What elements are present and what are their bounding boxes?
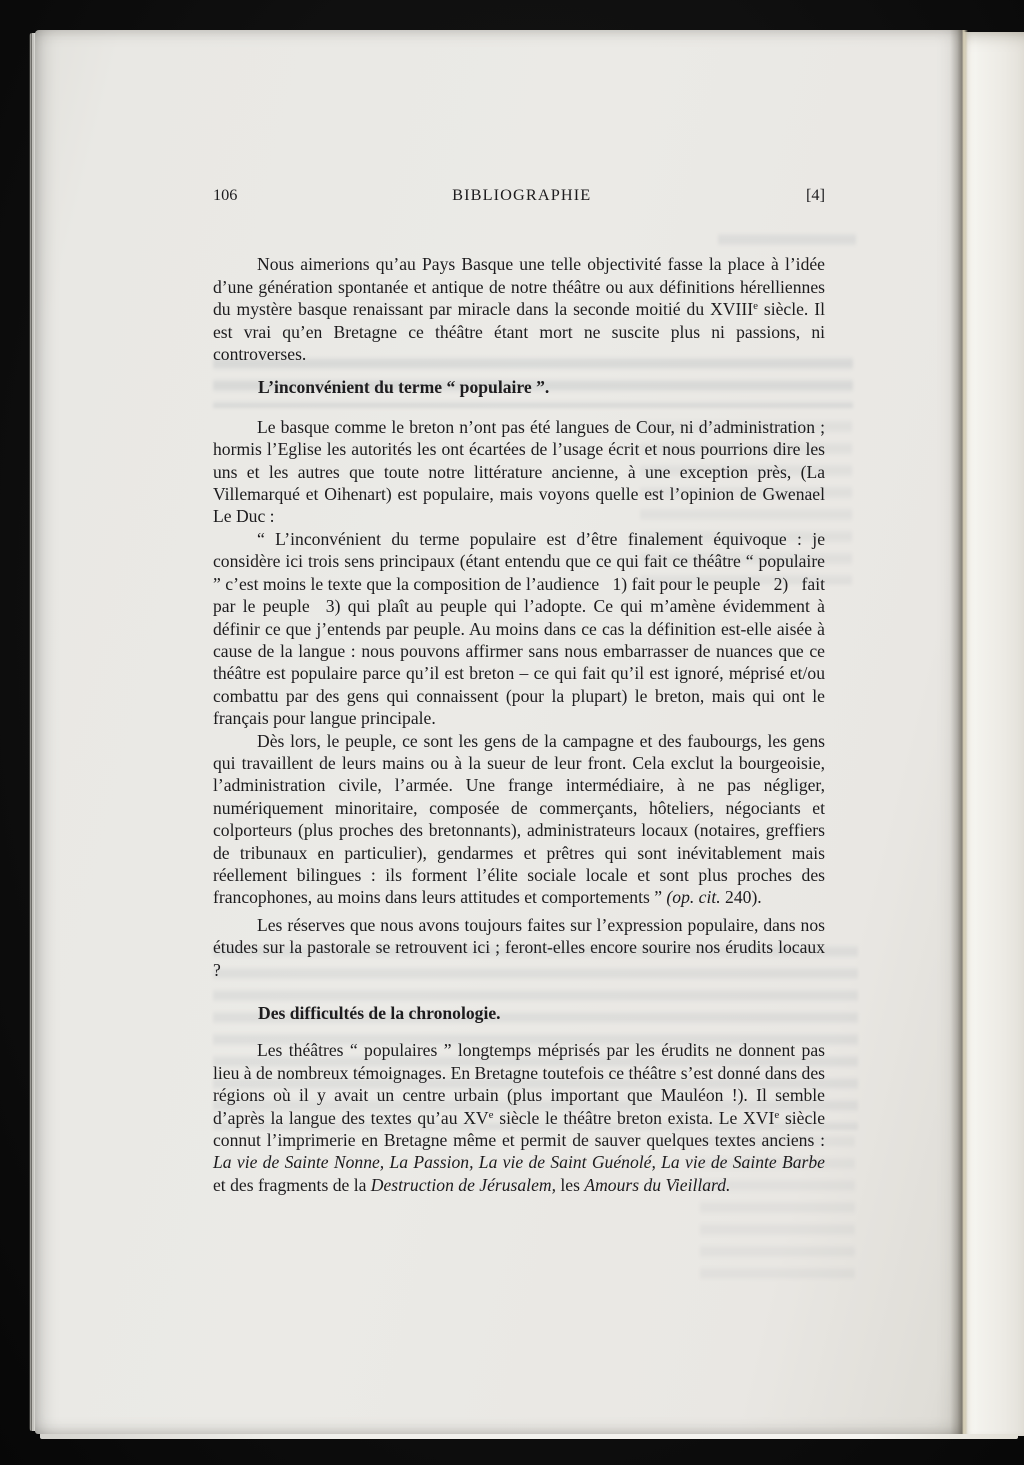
running-title: BIBLIOGRAPHIE (452, 184, 591, 206)
section-heading: L’inconvénient du terme “ populaire ”. (258, 376, 825, 398)
running-header: 106 BIBLIOGRAPHIE [4] (213, 184, 825, 206)
page-bottom-edge (40, 1434, 1018, 1439)
body-paragraph: Dès lors, le peuple, ce sont les gens de… (213, 730, 825, 909)
scan-surface: 106 BIBLIOGRAPHIE [4] Nous aimerions qu’… (0, 0, 1024, 1465)
body-paragraph: Les réserves que nous avons toujours fai… (213, 914, 825, 981)
article-body: Nous aimerions qu’au Pays Basque une tel… (213, 253, 825, 1196)
page-number: 106 (213, 184, 237, 206)
gutter-fold (950, 30, 968, 1436)
body-paragraph: Le basque comme le breton n’ont pas été … (213, 416, 825, 528)
body-paragraph: Les théâtres “ populaires ” longtemps mé… (213, 1039, 825, 1196)
body-paragraph: “ L’inconvénient du terme populaire est … (213, 528, 825, 730)
section-heading: Des difficultés de la chronologie. (258, 1002, 825, 1024)
body-paragraph: Nous aimerions qu’au Pays Basque une tel… (213, 253, 825, 365)
facing-page-edge (963, 32, 1024, 1436)
issue-marker: [4] (806, 184, 825, 206)
text-column: 106 BIBLIOGRAPHIE [4] Nous aimerions qu’… (213, 184, 825, 1196)
